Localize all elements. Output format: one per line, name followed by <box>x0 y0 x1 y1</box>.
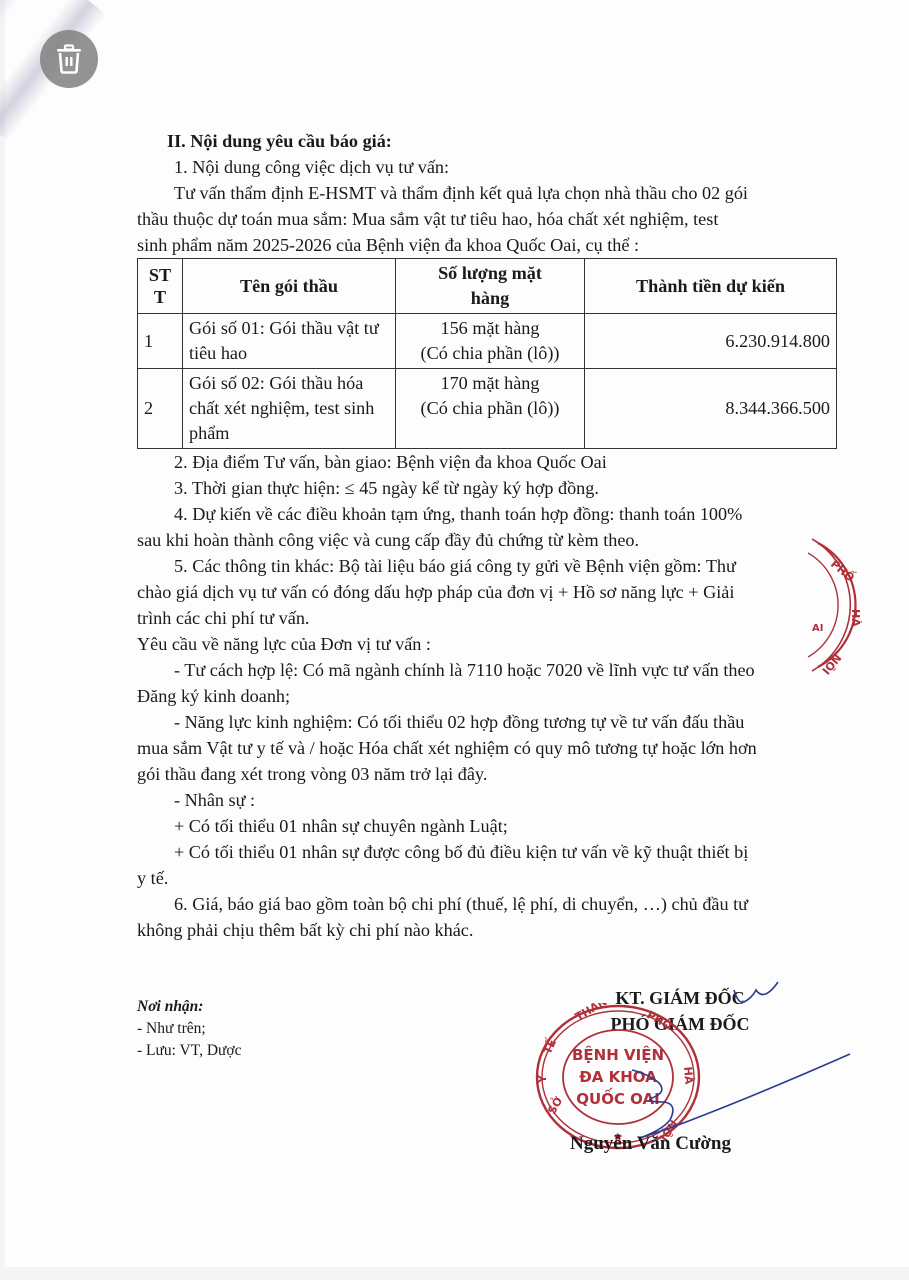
delete-button[interactable] <box>40 30 98 88</box>
section-heading: II. Nội dung yêu cầu báo giá: <box>137 128 837 154</box>
hospital-seal-stamp: BỆNH VIỆN ĐA KHOA QUỐC OAI SỞ Y TẾ THÀNH… <box>534 1003 702 1151</box>
item1-title: 1. Nội dung công việc dịch vụ tư vấn: <box>137 154 837 180</box>
item4-line1: 4. Dự kiến về các điều khoản tạm ứng, th… <box>137 501 837 527</box>
svg-text:AI: AI <box>812 623 823 634</box>
cap2-line2: mua sắm Vật tư y tế và / hoặc Hóa chất x… <box>137 735 837 761</box>
recipient-item: - Lưu: VT, Dược <box>137 1040 242 1062</box>
partial-seal-stamp: PHỐ HÀ NỘI AI <box>808 535 909 675</box>
row-stt: 1 <box>138 314 183 369</box>
capability-title: Yêu cầu về năng lực của Đơn vị tư vấn : <box>137 631 837 657</box>
item2: 2. Địa điểm Tư vấn, bàn giao: Bệnh viện … <box>137 449 837 475</box>
item1-text-line2: thầu thuộc dự toán mua sắm: Mua sắm vật … <box>137 206 837 232</box>
svg-text:ĐA KHOA: ĐA KHOA <box>579 1068 657 1086</box>
signer-name: Nguyễn Văn Cường <box>570 1133 731 1155</box>
cap3-title: - Nhân sự : <box>137 787 837 813</box>
svg-text:BỆNH VIỆN: BỆNH VIỆN <box>572 1044 664 1064</box>
header-stt: STT <box>138 259 183 314</box>
cap3-b-line1: + Có tối thiểu 01 nhân sự được công bố đ… <box>137 839 837 865</box>
row-package-name: Gói số 02: Gói thầu hóa chất xét nghiệm,… <box>183 369 396 449</box>
header-amount: Thành tiền dự kiến <box>585 259 837 314</box>
quantity-note: (Có chia phần (lô)) <box>402 396 578 421</box>
item4-line2: sau khi hoàn thành công việc và cung cấp… <box>137 527 837 553</box>
header-package-name: Tên gói thầu <box>183 259 396 314</box>
quantity-count: 170 mặt hàng <box>402 371 578 396</box>
recipients-title: Nơi nhận: <box>137 996 242 1018</box>
row-quantity: 170 mặt hàng (Có chia phần (lô)) <box>396 369 585 449</box>
cap3-a: + Có tối thiểu 01 nhân sự chuyên ngành L… <box>137 813 837 839</box>
item6-line1: 6. Giá, báo giá bao gồm toàn bộ chi phí … <box>137 891 837 917</box>
cap2-line1: - Năng lực kinh nghiệm: Có tối thiểu 02 … <box>137 709 837 735</box>
bid-packages-table: STT Tên gói thầu Số lượng mặt hàng Thành… <box>137 258 837 449</box>
item6-line2: không phải chịu thêm bất kỳ chi phí nào … <box>137 917 837 943</box>
cap3-b-line2: y tế. <box>137 865 837 891</box>
row-amount: 8.344.366.500 <box>585 369 837 449</box>
row-package-name: Gói số 01: Gói thầu vật tư tiêu hao <box>183 314 396 369</box>
svg-text:QUỐC OAI: QUỐC OAI <box>576 1087 659 1108</box>
item5-line2: chào giá dịch vụ tư vấn có đóng dấu hợp … <box>137 579 837 605</box>
svg-text:HÀ: HÀ <box>849 609 862 627</box>
row-stt: 2 <box>138 369 183 449</box>
quantity-count: 156 mặt hàng <box>402 316 578 341</box>
cap1-line1: - Tư cách hợp lệ: Có mã ngành chính là 7… <box>137 657 837 683</box>
quantity-note: (Có chia phần (lô)) <box>402 341 578 366</box>
table-header-row: STT Tên gói thầu Số lượng mặt hàng Thành… <box>138 259 837 314</box>
cap2-line3: gói thầu đang xét trong vòng 03 năm trở … <box>137 761 837 787</box>
item3: 3. Thời gian thực hiện: ≤ 45 ngày kể từ … <box>137 475 837 501</box>
recipient-item: - Như trên; <box>137 1018 242 1040</box>
item1-text-line3: sinh phẩm năm 2025-2026 của Bệnh viện đa… <box>137 232 837 258</box>
row-quantity: 156 mặt hàng (Có chia phần (lô)) <box>396 314 585 369</box>
item5-line3: trình các chi phí tư vấn. <box>137 605 837 631</box>
item1-text-line1: Tư vấn thẩm định E-HSMT và thẩm định kết… <box>137 180 837 206</box>
table-row: 2 Gói số 02: Gói thầu hóa chất xét nghiệ… <box>138 369 837 449</box>
trash-icon <box>55 44 83 74</box>
row-amount: 6.230.914.800 <box>585 314 837 369</box>
cap1-line2: Đăng ký kinh doanh; <box>137 683 837 709</box>
recipients-block: Nơi nhận: - Như trên; - Lưu: VT, Dược <box>137 996 242 1062</box>
document-body: II. Nội dung yêu cầu báo giá: 1. Nội dun… <box>137 128 837 943</box>
header-quantity: Số lượng mặt hàng <box>396 259 585 314</box>
table-row: 1 Gói số 01: Gói thầu vật tư tiêu hao 15… <box>138 314 837 369</box>
item5-line1: 5. Các thông tin khác: Bộ tài liệu báo g… <box>137 553 837 579</box>
svg-text:Y: Y <box>536 1074 549 1084</box>
svg-text:HÀ: HÀ <box>681 1066 696 1085</box>
